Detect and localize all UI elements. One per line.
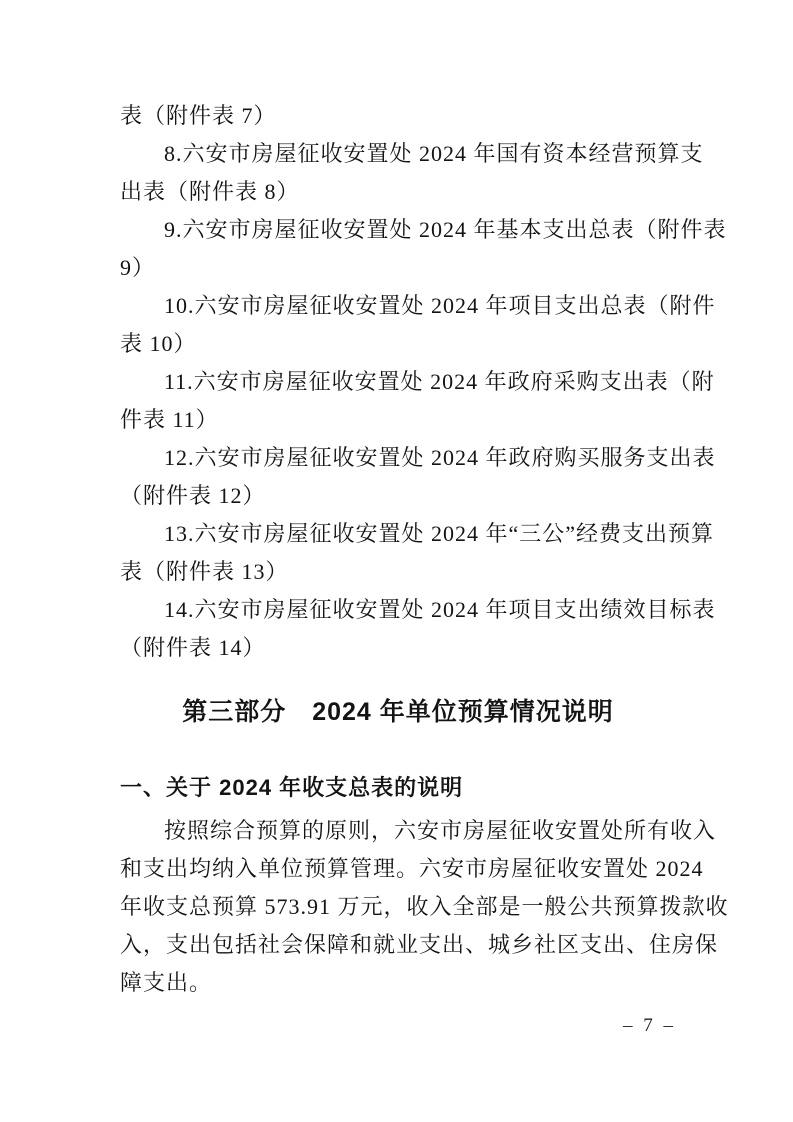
list-line: 件表 11） [120, 401, 676, 439]
subsection-heading: 一、关于 2024 年收支总表的说明 [120, 769, 676, 807]
document-content: 表（附件表 7） 8.六安市房屋征收安置处 2024 年国有资本经营预算支 出表… [120, 97, 676, 1002]
list-line: （附件表 14） [120, 629, 676, 667]
paragraph-line: 入，支出包括社会保障和就业支出、城乡社区支出、住房保 [120, 926, 676, 964]
list-line: 表（附件表 7） [120, 97, 676, 135]
list-line: （附件表 12） [120, 477, 676, 515]
list-line: 10.六安市房屋征收安置处 2024 年项目支出总表（附件 [120, 287, 676, 325]
list-line: 11.六安市房屋征收安置处 2024 年政府采购支出表（附 [120, 363, 676, 401]
page-number: – 7 – [623, 1014, 676, 1038]
list-line: 9.六安市房屋征收安置处 2024 年基本支出总表（附件表 [120, 211, 676, 249]
paragraph-line: 年收支总预算 573.91 万元，收入全部是一般公共预算拨款收 [120, 888, 676, 926]
paragraph-line: 障支出。 [120, 964, 676, 1002]
list-line: 12.六安市房屋征收安置处 2024 年政府购买服务支出表 [120, 439, 676, 477]
paragraph-line: 按照综合预算的原则，六安市房屋征收安置处所有收入 [120, 812, 676, 850]
paragraph-line: 和支出均纳入单位预算管理。六安市房屋征收安置处 2024 [120, 850, 676, 888]
section-heading: 第三部分 2024 年单位预算情况说明 [120, 693, 676, 731]
list-line: 14.六安市房屋征收安置处 2024 年项目支出绩效目标表 [120, 591, 676, 629]
paragraph: 按照综合预算的原则，六安市房屋征收安置处所有收入 和支出均纳入单位预算管理。六安… [120, 812, 676, 1002]
document-page: 表（附件表 7） 8.六安市房屋征收安置处 2024 年国有资本经营预算支 出表… [0, 0, 793, 1122]
list-line: 9） [120, 249, 676, 287]
list-line: 8.六安市房屋征收安置处 2024 年国有资本经营预算支 [120, 135, 676, 173]
list-line: 表 10） [120, 325, 676, 363]
list-line: 表（附件表 13） [120, 553, 676, 591]
list-line: 13.六安市房屋征收安置处 2024 年“三公”经费支出预算 [120, 515, 676, 553]
list-line: 出表（附件表 8） [120, 173, 676, 211]
